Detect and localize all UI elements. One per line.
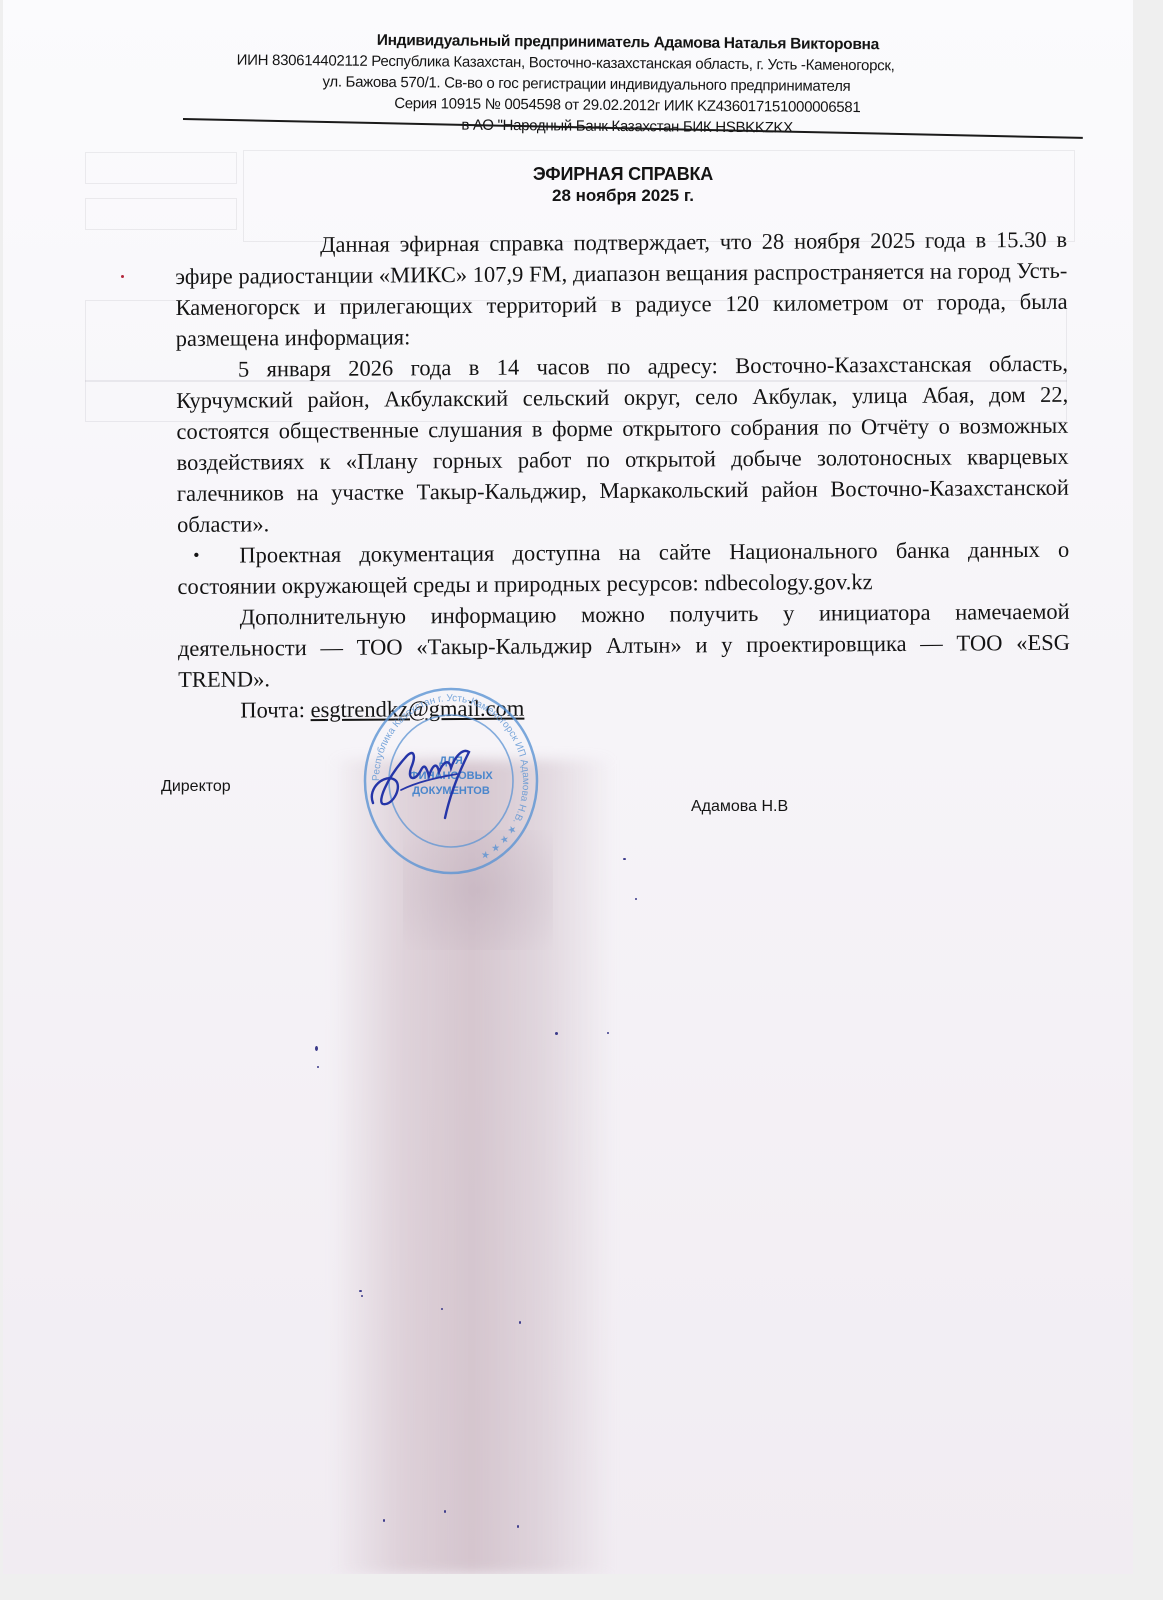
scan-speck [517,1525,519,1528]
paragraph-project-docs: •Проектная документация доступна на сайт… [177,534,1069,602]
bullet-icon: • [193,540,200,571]
handwritten-signature-icon [365,718,485,828]
document-title: ЭФИРНАЯ СПРАВКА [163,163,1083,185]
signer-position: Директор [161,778,231,796]
paragraph-mail: Почта: esgtrendkz@gmail.com [178,689,1070,726]
scan-speck [359,1290,362,1292]
paragraph-broadcast-confirmation: Данная эфирная справка подтверждает, что… [175,224,1068,354]
scan-speck [317,1066,319,1068]
mail-label: Почта: [240,697,310,722]
scan-speck [444,1510,446,1513]
scan-speck [315,1046,318,1051]
document-page: Индивидуальный предприниматель Адамова Н… [3,0,1133,1574]
scan-speck [383,1519,385,1522]
document-title-block: ЭФИРНАЯ СПРАВКА 28 ноября 2025 г. [163,163,1083,207]
scan-speck [635,898,637,900]
scan-speck [121,275,124,278]
letterhead: Индивидуальный предприниматель Адамова Н… [162,28,1093,141]
scan-speck [607,1032,609,1034]
scan-speck [555,1032,558,1035]
scan-speck [623,858,626,860]
paragraph-hearing-announcement: 5 января 2026 года в 14 часов по адресу:… [176,348,1069,540]
signer-name: Адамова Н.В [691,798,788,816]
scan-speck [361,1295,363,1297]
document-body: Данная эфирная справка подтверждает, что… [175,224,1070,726]
scan-speck [441,1308,443,1310]
project-docs-text: Проектная документация доступна на сайте… [177,537,1069,599]
document-date: 28 ноября 2025 г. [163,185,1083,207]
paragraph-additional-info: Дополнительную информацию можно получить… [178,596,1071,695]
scan-speck [519,1321,521,1324]
